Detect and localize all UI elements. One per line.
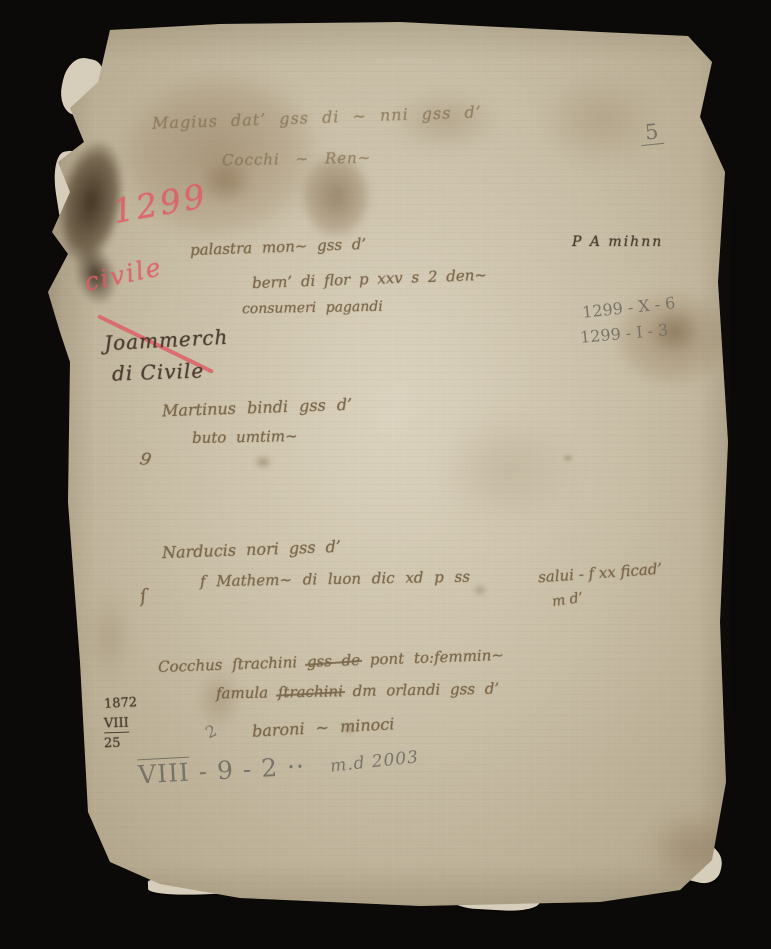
- entry4-line1-struck: gss de: [307, 651, 361, 671]
- manuscript-page: Magius dat’ gss di ∼ nni gss d’ Cocchi ∼…: [40, 22, 738, 908]
- red-chalk-word: civile: [82, 252, 165, 297]
- inscription-entry4-line1: Cocchus ſtrachini gss de pont to:femmin∼: [158, 646, 504, 676]
- inscription-name-line2: di Civile: [112, 358, 205, 385]
- inscription-name-line1: Joammerch: [103, 325, 228, 355]
- inscription-title-line1: Magius dat’ gss di ∼ nni gss d’: [152, 102, 482, 132]
- entry4-line2-b: dm orlandi gss d’: [343, 680, 500, 701]
- entry4-line2-struck: ſtrachini: [278, 682, 343, 701]
- speck-1: [250, 452, 276, 472]
- speck-4: [560, 452, 576, 464]
- inscription-entry3-line2: f Mathem∼ di luon dic xd p ss: [200, 568, 470, 591]
- stain-bottom-right: [628, 797, 763, 902]
- stain-left-lower: [78, 574, 140, 699]
- inscription-entry1-line2: bern’ di flor p xxv s 2 den∼: [252, 266, 488, 292]
- pencil-shelfmark: VIII - 9 - 2 ··: [137, 752, 305, 790]
- archive-date-year: 1872: [104, 695, 138, 712]
- inscription-entry4-line2: famula ſtrachini dm orlandi gss d’: [216, 680, 499, 703]
- inscription-title-line2: Cocchi ∼ Ren∼: [222, 149, 372, 170]
- red-chalk-year: 1299: [109, 176, 210, 231]
- pencil-note-year: m.d 2003: [329, 747, 420, 776]
- entry4-line1-a: Cocchus ſtrachini: [158, 653, 307, 676]
- inscription-entry3-line2c: m d’: [551, 590, 584, 610]
- stain-center: [415, 397, 600, 542]
- shelfmark-rest: - 9 - 2 ··: [189, 752, 306, 787]
- inscription-entry2-line2: buto umtim∼: [192, 427, 298, 447]
- inscription-entry2-line1: Martinus bindi gss d’: [162, 395, 353, 421]
- archive-date-day: 25: [104, 736, 121, 752]
- ink-flourish-1: 9: [138, 449, 153, 471]
- archive-date-month: VIII: [104, 716, 129, 734]
- inscription-right-ink-note: P A mihnn: [572, 234, 663, 250]
- inscription-entry4-line3: baroni ∼ minoci: [252, 714, 395, 740]
- manuscript-photo: Magius dat’ gss di ∼ nni gss d’ Cocchi ∼…: [0, 0, 771, 949]
- inscription-entry3-line1: Narducis nori gss d’: [162, 537, 342, 562]
- inscription-entry3-line2b: salui - f xx ficad’: [538, 560, 663, 587]
- entry4-line2-a: famula: [216, 683, 278, 702]
- inscription-entry1-line3: consumeri pagandi: [242, 299, 383, 317]
- pencil-reference-1: 1299 - X - 6: [581, 293, 676, 322]
- entry4-line1-b: pont to:femmin∼: [360, 646, 504, 669]
- folio-number-pencil: 5: [639, 119, 665, 146]
- shelfmark-roman: VIII: [137, 757, 190, 790]
- ink-flourish-2: ſ: [139, 586, 148, 608]
- pencil-reference-2: 1299 - I - 3: [579, 320, 669, 347]
- pencil-flourish: 2: [202, 721, 219, 743]
- inscription-entry1-line1: palastra mon∼ gss d’: [190, 235, 367, 259]
- speck-2: [470, 582, 490, 598]
